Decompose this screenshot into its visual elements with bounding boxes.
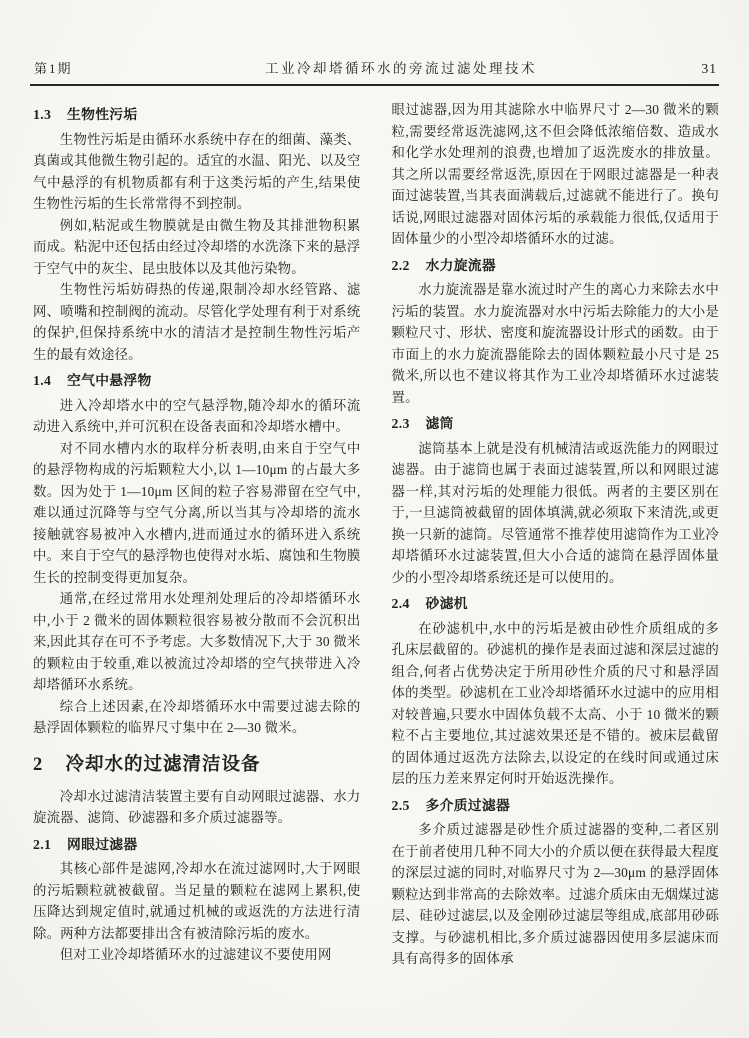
heading-title: 网眼过滤器 [67, 837, 137, 852]
heading-title: 多介质过滤器 [426, 798, 511, 813]
section-heading: 2.3滤筒 [392, 413, 720, 435]
header-rule [30, 84, 719, 86]
running-title: 工业冷却塔循环水的旁流过滤处理技术 [265, 57, 537, 77]
article-body: 1.3生物性污垢生物性污垢是由循环水系统中存在的细菌、藻类、真菌或其他微生物引起… [33, 99, 719, 970]
heading-title: 空气中悬浮物 [67, 373, 152, 388]
heading-number: 2.1 [33, 837, 51, 852]
heading-number: 2 [33, 755, 43, 775]
paragraph: 生物性污垢妨碍热的传递,限制冷却水经管路、滤网、喷嘴和控制阀的流动。尽管化学处理… [33, 279, 361, 365]
section-heading: 2.4砂滤机 [392, 593, 720, 615]
paragraph: 其核心部件是滤网,冷却水在流过滤网时,大于网眼的污垢颗粒就被截留。当足量的颗粒在… [33, 858, 361, 944]
section-heading: 1.3生物性污垢 [33, 104, 361, 126]
section-heading: 1.4空气中悬浮物 [33, 370, 361, 392]
page-header: 第1期 工业冷却塔循环水的旁流过滤处理技术 31 [34, 57, 717, 77]
paragraph: 冷却水过滤清洁装置主要有自动网眼过滤器、水力旋流器、滤筒、砂滤器和多介质过滤器等… [33, 786, 361, 829]
paragraph: 对不同水槽内水的取样分析表明,由来自于空气中的悬浮物构成的污垢颗粒大小,以 1—… [33, 438, 361, 589]
heading-number: 2.4 [392, 596, 410, 611]
section-heading: 2.1网眼过滤器 [33, 834, 361, 856]
column-right: 眼过滤器,因为用其滤除水中临界尺寸 2—30 微米的颗粒,需要经常返洗滤网,这不… [392, 99, 720, 970]
paragraph: 通常,在经过常用水处理剂处理后的冷却塔循环水中,小于 2 微米的固体颗粒很容易被… [33, 588, 361, 696]
issue-label: 第1期 [34, 58, 73, 77]
heading-number: 2.2 [392, 258, 410, 273]
paragraph: 滤筒基本上就是没有机械清洁或返洗能力的网眼过滤器。由于滤筒也属于表面过滤装置,所… [392, 438, 720, 589]
section-heading: 2.5多介质过滤器 [392, 795, 720, 817]
heading-number: 1.4 [33, 373, 51, 388]
paragraph: 多介质过滤器是砂性介质过滤器的变种,二者区别在于前者使用几种不同大小的介质以便在… [392, 819, 720, 970]
heading-title: 生物性污垢 [67, 107, 137, 122]
journal-page: 第1期 工业冷却塔循环水的旁流过滤处理技术 31 1.3生物性污垢生物性污垢是由… [0, 0, 749, 1038]
column-left: 1.3生物性污垢生物性污垢是由循环水系统中存在的细菌、藻类、真菌或其他微生物引起… [33, 99, 361, 970]
paragraph: 但对工业冷却塔循环水的过滤建议不要使用网 [33, 944, 361, 966]
paragraph: 眼过滤器,因为用其滤除水中临界尺寸 2—30 微米的颗粒,需要经常返洗滤网,这不… [392, 99, 720, 250]
paragraph: 水力旋流器是靠水流过时产生的离心力来除去水中污垢的装置。水力旋流器对水中污垢去除… [392, 279, 720, 408]
chapter-heading: 2冷却水的过滤清洁设备 [33, 751, 361, 778]
heading-title: 冷却水的过滤清洁设备 [65, 753, 260, 774]
heading-number: 2.5 [392, 798, 410, 813]
paragraph: 生物性污垢是由循环水系统中存在的细菌、藻类、真菌或其他微生物引起的。适宜的水温、… [33, 129, 361, 215]
paragraph: 综合上述因素,在冷却塔循环水中需要过滤去除的悬浮固体颗粒的临界尺寸集中在 2—3… [33, 696, 361, 739]
heading-title: 滤筒 [426, 416, 454, 431]
paragraph: 例如,粘泥或生物膜就是由微生物及其排泄物积累而成。粘泥中还包括由经过冷却塔的水洗… [33, 215, 361, 280]
heading-number: 1.3 [33, 107, 51, 122]
heading-title: 水力旋流器 [426, 258, 496, 273]
paragraph: 在砂滤机中,水中的污垢是被由砂性介质组成的多孔床层截留的。砂滤机的操作是表面过滤… [392, 618, 720, 790]
heading-number: 2.3 [392, 416, 410, 431]
heading-title: 砂滤机 [426, 596, 468, 611]
page-number: 31 [701, 61, 717, 77]
paragraph: 进入冷却塔水中的空气悬浮物,随冷却水的循环流动进入系统中,并可沉积在设备表面和冷… [33, 395, 361, 438]
section-heading: 2.2水力旋流器 [392, 255, 720, 277]
